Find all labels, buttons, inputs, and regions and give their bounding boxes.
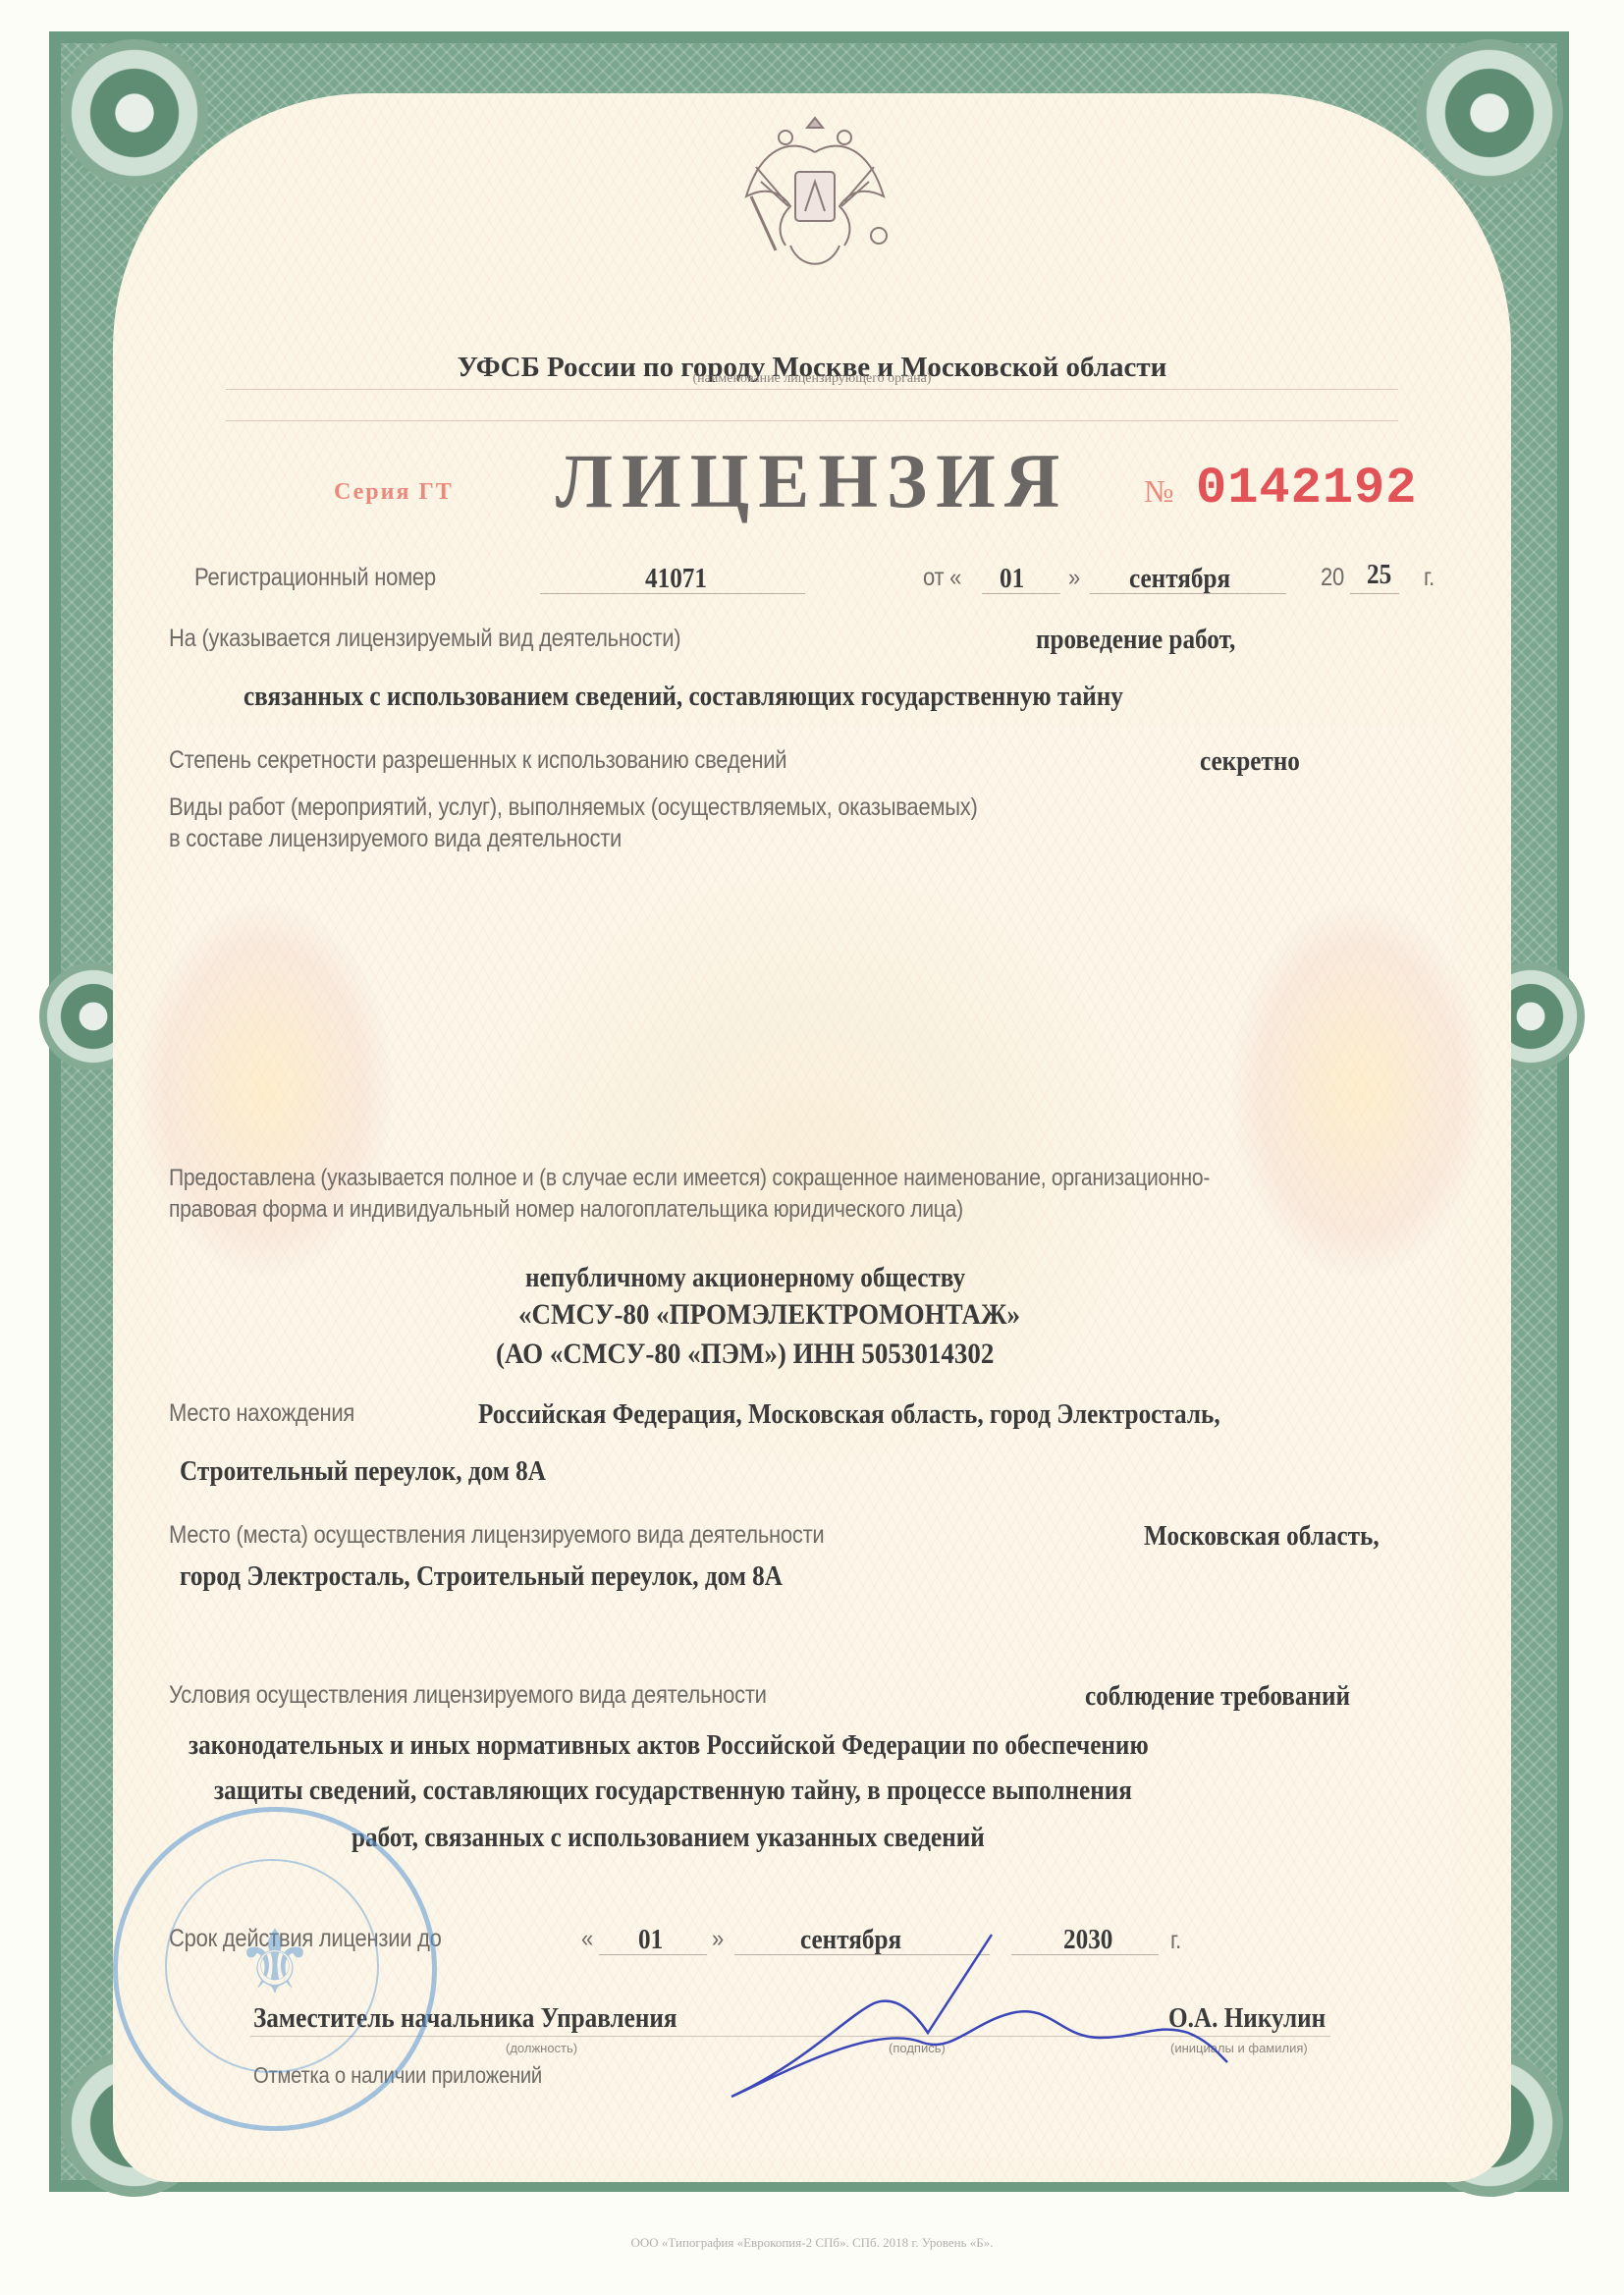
license-number: 0142192 [1196, 460, 1417, 518]
number-sign: № [1144, 473, 1174, 510]
works-label-line2: в составе лицензируемого вида деятельнос… [169, 825, 622, 853]
conditions-label: Условия осуществления лицензируемого вид… [169, 1681, 767, 1710]
conditions-value-line1: соблюдение требований [1085, 1681, 1350, 1713]
guilloche-flower-right [1231, 903, 1487, 1277]
year-unit: г. [1424, 564, 1435, 592]
registration-number: 41071 [645, 564, 707, 595]
location-label: Место нахождения [169, 1399, 354, 1428]
validity-close-quote: » [712, 1925, 724, 1953]
registration-month: сентября [1129, 564, 1230, 595]
quote-close: » [1068, 564, 1080, 592]
registration-day: 01 [1000, 564, 1024, 595]
issuer-underline [226, 389, 1398, 390]
activity-place-value-line1: Московская область, [1144, 1521, 1380, 1553]
registration-year-suffix: 25 [1367, 560, 1391, 591]
works-label-line1: Виды работ (мероприятий, услуг), выполня… [169, 793, 978, 822]
activity-label: На (указывается лицензируемый вид деятел… [169, 625, 680, 653]
validity-day: 01 [638, 1925, 663, 1956]
registration-label: Регистрационный номер [194, 564, 436, 592]
corner-rosette-icon [1416, 39, 1563, 187]
validity-open-quote: « [581, 1925, 593, 1953]
position-hint: (должность) [506, 2041, 577, 2055]
org-form: непубличному акционерному обществу [525, 1263, 965, 1294]
granted-label-line2: правовая форма и индивидуальный номер на… [169, 1196, 963, 1224]
year-underline [1350, 593, 1399, 594]
year-prefix: 20 [1321, 564, 1344, 592]
activity-place-label: Место (места) осуществления лицензируемо… [169, 1521, 824, 1550]
handwritten-signature [727, 1925, 1237, 2121]
org-full-name: «СМСУ-80 «ПРОМЭЛЕКТРОМОНТАЖ» [518, 1298, 1020, 1332]
conditions-value-line2: законодательных и иных нормативных актов… [189, 1730, 1149, 1762]
coat-of-arms-icon [731, 98, 898, 295]
location-value-line2: Строительный переулок, дом 8А [180, 1456, 546, 1488]
secrecy-label: Степень секретности разрешенных к исполь… [169, 746, 786, 775]
granted-label-line1: Предоставлена (указывается полное и (в с… [169, 1165, 1210, 1192]
activity-place-value-line2: город Электросталь, Строительный переуло… [180, 1561, 783, 1593]
secrecy-value: секретно [1200, 746, 1300, 778]
conditions-value-line4: работ, связанных с использованием указан… [352, 1823, 985, 1854]
official-stamp: ⚜ [113, 1807, 437, 2131]
location-value-line1: Российская Федерация, Московская область… [478, 1399, 1220, 1431]
activity-value-line1: проведение работ, [1036, 625, 1235, 656]
stamp-eagle-icon: ⚜ [226, 1910, 324, 2018]
registration-from-label: от « [923, 564, 961, 592]
conditions-value-line3: защиты сведений, составляющих государств… [214, 1776, 1132, 1807]
divider [226, 420, 1398, 421]
corner-rosette-icon [61, 39, 208, 187]
activity-value-line2: связанных с использованием сведений, сос… [244, 682, 1123, 713]
issuer-hint: (наименование лицензирующего органа) [0, 371, 1624, 387]
printer-footer: ООО «Типография «Еврокопия-2 СПб». СПб. … [0, 2235, 1624, 2251]
org-short-name-inn: (АО «СМСУ-80 «ПЭМ») ИНН 5053014302 [496, 1338, 994, 1371]
